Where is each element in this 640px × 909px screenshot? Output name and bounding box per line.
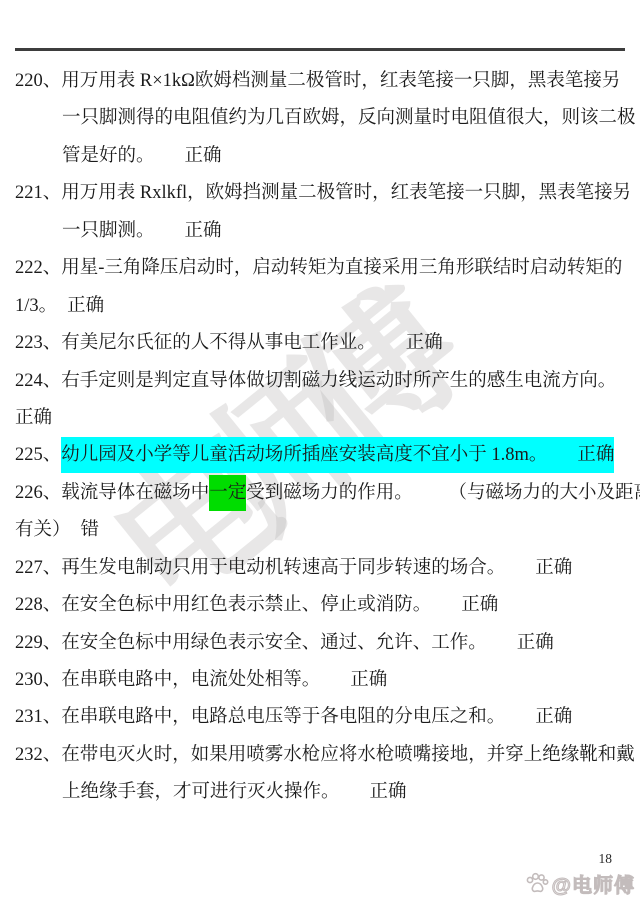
question-line: 223、有美尼尔氏征的人不得从事电工作业。正确 [15,325,637,362]
footer-watermark-text: @电师傅 [551,873,635,899]
top-rule [15,48,625,51]
question-line: 管是好的。正确 [15,138,637,175]
question-text: 有关） [15,520,71,540]
question-line: 一只脚测。正确 [15,213,637,250]
highlighted-text: 幼儿园及小学等儿童活动场所插座安装高度不宜小于 1.8m。 [61,437,547,473]
question-text: 一只脚测。 [62,221,155,241]
question-text: 1/3。 [15,296,57,316]
question-line: 231、在串联电路中，电路总电压等于各电阻的分电压之和。正确 [15,699,637,736]
page-number: 18 [599,851,613,867]
highlighted-text: 一定 [209,475,246,511]
question-line: 1/3。正确 [15,288,637,325]
question-text: 226、载流导体在磁场中 [15,483,209,503]
question-text: 228、在安全色标中用红色表示禁止、停止或消防。 [15,595,431,615]
answer-text: 正确 [57,296,104,316]
answer-text: 正确 [505,558,572,578]
question-line: 上绝缘手套，才可进行灭火操作。正确 [15,774,637,811]
question-text: （与磁场力的大小及距离 [413,483,640,503]
answer-text: 正确 [487,633,554,653]
questions-list: 220、用万用表 R×1kΩ欧姆档测量二极管时，红表笔接一只脚，黑表笔接另一只脚… [15,63,637,812]
question-text: 224、右手定则是判定直导体做切割磁力线运动时所产生的感生电流方向。 [15,371,616,391]
answer-text: 正确 [155,221,222,241]
answer-text: 正确 [547,437,614,473]
question-text: 232、在带电灭火时，如果用喷雾水枪应将水枪喷嘴接地，并穿上绝缘靴和戴 [15,745,635,765]
question-line: 一只脚测得的电阻值约为几百欧姆，反向测量时电阻值很大，则该二极 [15,100,637,137]
document-page: 电师傅 220、用万用表 R×1kΩ欧姆档测量二极管时，红表笔接一只脚，黑表笔接… [0,0,640,909]
answer-text: 正确 [376,333,443,353]
footer-watermark: @电师傅 [525,871,635,900]
question-text: 223、有美尼尔氏征的人不得从事电工作业。 [15,333,376,353]
answer-text: 正确 [431,595,498,615]
answer-text: 正确 [155,146,222,166]
question-text: 231、在串联电路中，电路总电压等于各电阻的分电压之和。 [15,707,505,727]
question-line: 220、用万用表 R×1kΩ欧姆档测量二极管时，红表笔接一只脚，黑表笔接另 [15,63,637,100]
question-line: 226、载流导体在磁场中一定受到磁场力的作用。（与磁场力的大小及距离 [15,475,637,512]
question-line: 230、在串联电路中，电流处处相等。正确 [15,662,637,699]
paw-icon [525,871,549,900]
question-text: 上绝缘手套，才可进行灭火操作。 [62,782,340,802]
question-text: 受到磁场力的作用。 [246,483,413,503]
question-line: 227、再生发电制动只用于电动机转速高于同步转速的场合。正确 [15,550,637,587]
answer-text: 错 [71,520,100,540]
question-line: 228、在安全色标中用红色表示禁止、停止或消防。正确 [15,587,637,624]
question-text: 221、用万用表 Rxlkfl，欧姆挡测量二极管时，红表笔接一只脚，黑表笔接另 [15,183,631,203]
answer-text: 正确 [15,408,52,428]
question-text: 229、在安全色标中用绿色表示安全、通过、允许、工作。 [15,633,487,653]
answer-text: 正确 [505,707,572,727]
question-line: 有关）错 [15,512,637,549]
question-text: 一只脚测得的电阻值约为几百欧姆，反向测量时电阻值很大，则该二极 [62,108,636,128]
question-text: 227、再生发电制动只用于电动机转速高于同步转速的场合。 [15,558,505,578]
question-text: 管是好的。 [62,146,155,166]
question-line: 225、幼儿园及小学等儿童活动场所插座安装高度不宜小于 1.8m。正确 [15,437,637,474]
question-text: 225、 [15,445,61,465]
question-line: 221、用万用表 Rxlkfl，欧姆挡测量二极管时，红表笔接一只脚，黑表笔接另 [15,175,637,212]
question-line: 232、在带电灭火时，如果用喷雾水枪应将水枪喷嘴接地，并穿上绝缘靴和戴 [15,737,637,774]
question-line: 正确 [15,400,637,437]
question-text: 220、用万用表 R×1kΩ欧姆档测量二极管时，红表笔接一只脚，黑表笔接另 [15,71,620,91]
question-line: 229、在安全色标中用绿色表示安全、通过、允许、工作。正确 [15,625,637,662]
answer-text: 正确 [320,670,387,690]
question-line: 222、用星-三角降压启动时，启动转矩为直接采用三角形联结时启动转矩的 [15,250,637,287]
question-text: 230、在串联电路中，电流处处相等。 [15,670,320,690]
question-text: 222、用星-三角降压启动时，启动转矩为直接采用三角形联结时启动转矩的 [15,258,622,278]
answer-text: 正确 [340,782,407,802]
question-line: 224、右手定则是判定直导体做切割磁力线运动时所产生的感生电流方向。 [15,363,637,400]
